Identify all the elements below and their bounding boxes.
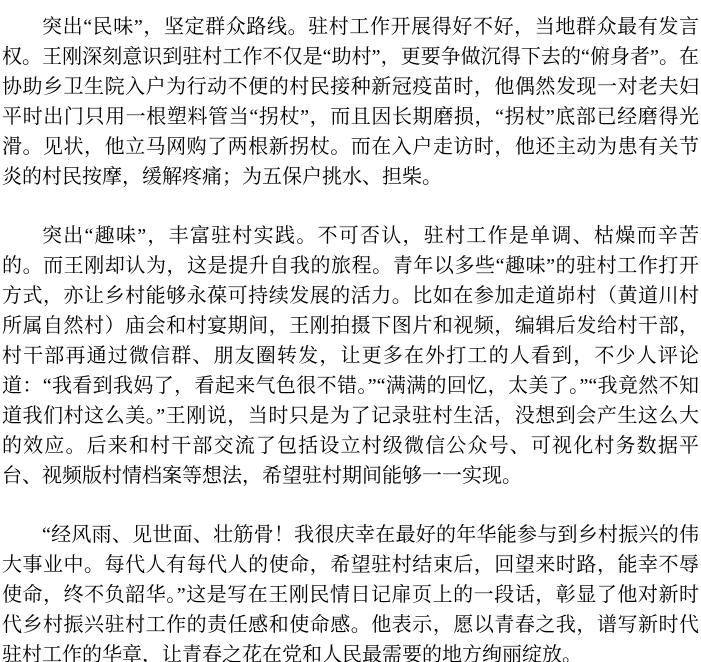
article-paragraph-1: 突出“民味”，坚定群众路线。驻村工作开展得好不好，当地群众最有发言权。王刚深刻意… bbox=[2, 12, 699, 192]
article-paragraph-2: 突出“趣味”，丰富驻村实践。不可否认，驻村工作是单调、枯燥而辛苦的。而王刚却认为… bbox=[2, 221, 699, 491]
article-page: 突出“民味”，坚定群众路线。驻村工作开展得好不好，当地群众最有发言权。王刚深刻意… bbox=[0, 0, 701, 662]
article-paragraph-3: “经风雨、见世面、壮筋骨！我很庆幸在最好的年华能参与到乡村振兴的伟大事业中。每代… bbox=[2, 520, 699, 662]
